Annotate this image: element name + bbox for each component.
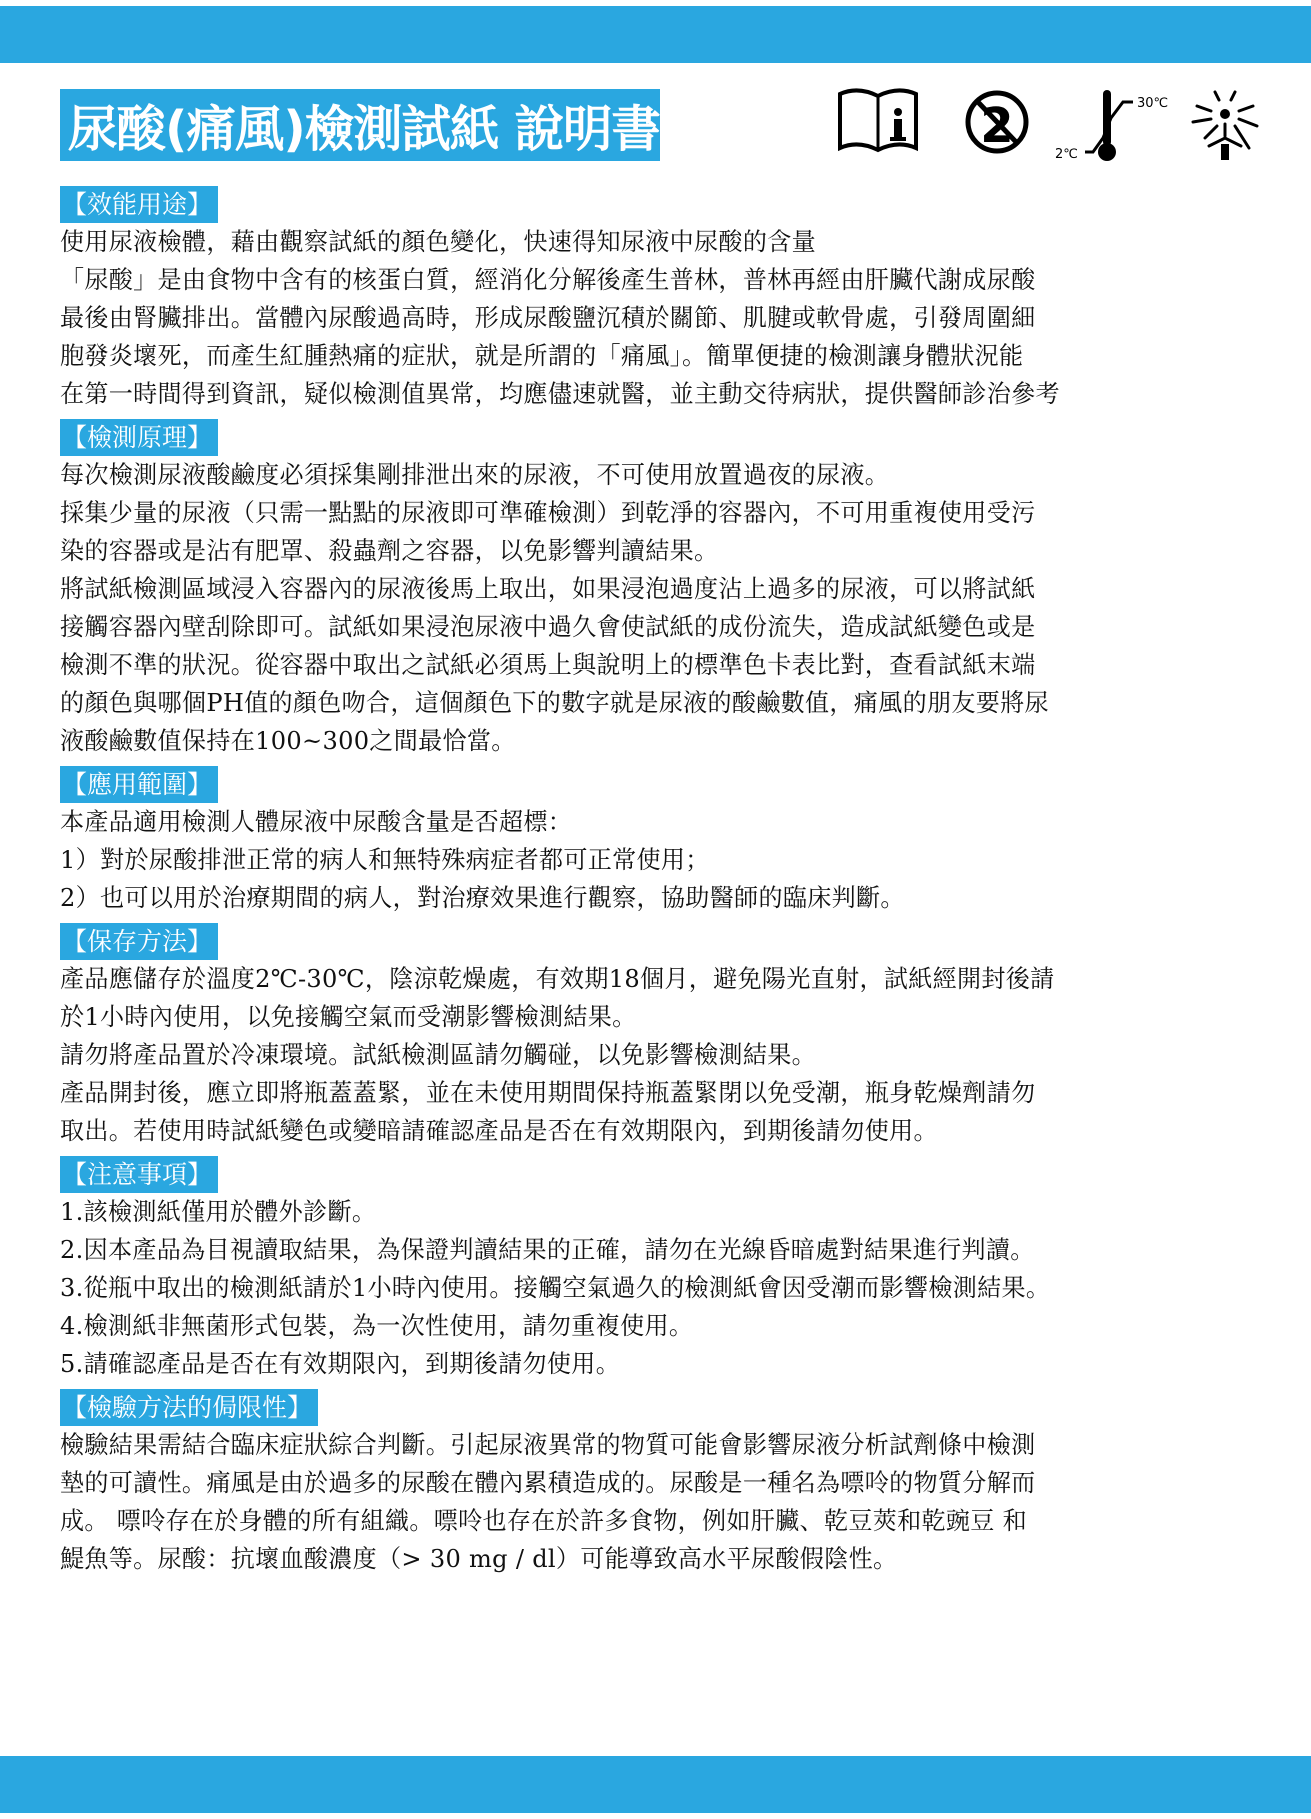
section-heading: 【效能用途】 <box>60 186 218 223</box>
paragraph-line: 成。 嘌呤存在於身體的所有組織。嘌呤也存在於許多食物，例如肝臟、乾豆莢和乾豌豆 … <box>60 1502 1240 1540</box>
list-item: 3.從瓶中取出的檢測紙請於1小時內使用。接觸空氣過久的檢測紙會因受潮而影響檢測結… <box>60 1269 1240 1307</box>
paragraph-line: 產品應儲存於溫度2℃-30℃，陰涼乾燥處，有效期18個月，避免陽光直射，試紙經開… <box>60 960 1240 998</box>
section-heading: 【保存方法】 <box>60 923 218 960</box>
paragraph-line: 產品開封後，應立即將瓶蓋蓋緊，並在未使用期間保持瓶蓋緊閉以免受潮，瓶身乾燥劑請勿 <box>60 1074 1240 1112</box>
paragraph-line: 鯷魚等。尿酸：抗壞血酸濃度（> 30 mg / dl）可能導致高水平尿酸假陰性。 <box>60 1540 1240 1578</box>
consult-instructions-icon <box>836 86 920 156</box>
top-banner <box>0 6 1311 63</box>
section-heading: 【應用範圍】 <box>60 766 218 803</box>
section-heading: 【注意事項】 <box>60 1156 218 1193</box>
paragraph-line: 最後由腎臟排出。當體內尿酸過高時，形成尿酸鹽沉積於關節、肌腱或軟骨處，引發周圍細 <box>60 299 1240 337</box>
paragraph-line: 染的容器或是沾有肥罩、殺蟲劑之容器，以免影響判讀結果。 <box>60 532 1240 570</box>
section-principle: 【檢測原理】 每次檢測尿液酸鹼度必須採集剛排泄出來的尿液，不可使用放置過夜的尿液… <box>60 419 1260 760</box>
list-item: 1.該檢測紙僅用於體外診斷。 <box>60 1193 1240 1231</box>
list-item: 4.檢測紙非無菌形式包裝，為一次性使用，請勿重複使用。 <box>60 1307 1240 1345</box>
list-item: 2.因本產品為目視讀取結果，為保證判讀結果的正確，請勿在光線昏暗處對結果進行判讀… <box>60 1231 1240 1269</box>
paragraph-line: 取出。若使用時試紙變色或變暗請確認產品是否在有效期限內，到期後請勿使用。 <box>60 1112 1240 1150</box>
svg-text:30℃: 30℃ <box>1137 96 1168 111</box>
section-limitations: 【檢驗方法的侷限性】 檢驗結果需結合臨床症狀綜合判斷。引起尿液異常的物質可能會影… <box>60 1389 1260 1578</box>
paragraph-line: 接觸容器內壁刮除即可。試紙如果浸泡尿液中過久會使試紙的成份流失，造成試紙變色或是 <box>60 608 1240 646</box>
bottom-banner <box>0 1756 1311 1813</box>
paragraph-line: 本產品適用檢測人體尿液中尿酸含量是否超標： <box>60 803 1240 841</box>
paragraph-line: 於1小時內使用，以免接觸空氣而受潮影響檢測結果。 <box>60 998 1240 1036</box>
paragraph-line: 墊的可讀性。痛風是由於過多的尿酸在體內累積造成的。尿酸是一種名為嘌呤的物質分解而 <box>60 1464 1240 1502</box>
svg-text:2℃: 2℃ <box>1055 147 1078 162</box>
paragraph-line: 每次檢測尿液酸鹼度必須採集剛排泄出來的尿液，不可使用放置過夜的尿液。 <box>60 456 1240 494</box>
section-heading: 【檢驗方法的侷限性】 <box>60 1389 318 1426</box>
paragraph-line: 2）也可以用於治療期間的病人，對治療效果進行觀察，協助醫師的臨床判斷。 <box>60 879 1240 917</box>
do-not-reuse-icon: 2 <box>962 86 1032 156</box>
paragraph-line: 胞發炎壞死，而產生紅腫熱痛的症狀，就是所謂的「痛風」。簡單便捷的檢測讓身體狀況能 <box>60 337 1240 375</box>
paragraph-line: 檢驗結果需結合臨床症狀綜合判斷。引起尿液異常的物質可能會影響尿液分析試劑條中檢測 <box>60 1426 1240 1464</box>
title-row: 尿酸(痛風)檢測試紙 說明書 <box>60 89 660 161</box>
section-scope: 【應用範圍】 本產品適用檢測人體尿液中尿酸含量是否超標： 1）對於尿酸排泄正常的… <box>60 766 1260 917</box>
keep-away-from-sunlight-icon <box>1185 86 1265 162</box>
temperature-limit-icon: 30℃ 2℃ <box>1045 86 1175 166</box>
list-item: 5.請確認產品是否在有效期限內，到期後請勿使用。 <box>60 1345 1240 1383</box>
paragraph-line: 將試紙檢測區域浸入容器內的尿液後馬上取出，如果浸泡過度沾上過多的尿液，可以將試紙 <box>60 570 1240 608</box>
paragraph-line: 使用尿液檢體，藉由觀察試紙的顏色變化，快速得知尿液中尿酸的含量 <box>60 223 1240 261</box>
paragraph-line: 在第一時間得到資訊，疑似檢測值異常，均應儘速就醫，並主動交待病狀，提供醫師診治參… <box>60 375 1240 413</box>
paragraph-line: 採集少量的尿液（只需一點點的尿液即可準確檢測）到乾淨的容器內，不可用重複使用受污 <box>60 494 1240 532</box>
document-title: 尿酸(痛風)檢測試紙 說明書 <box>60 89 660 161</box>
paragraph-line: 的顏色與哪個PH值的顏色吻合，這個顏色下的數字就是尿液的酸鹼數值，痛風的朋友要將… <box>60 684 1240 722</box>
instruction-content: 【效能用途】 使用尿液檢體，藉由觀察試紙的顏色變化，快速得知尿液中尿酸的含量 「… <box>60 186 1260 1584</box>
section-storage: 【保存方法】 產品應儲存於溫度2℃-30℃，陰涼乾燥處，有效期18個月，避免陽光… <box>60 923 1260 1150</box>
paragraph-line: 「尿酸」是由食物中含有的核蛋白質，經消化分解後產生普林，普林再經由肝臟代謝成尿酸 <box>60 261 1240 299</box>
paragraph-line: 請勿將產品置於冷凍環境。試紙檢測區請勿觸碰，以免影響檢測結果。 <box>60 1036 1240 1074</box>
section-heading: 【檢測原理】 <box>60 419 218 456</box>
paragraph-line: 檢測不準的狀況。從容器中取出之試紙必須馬上與說明上的標準色卡表比對，查看試紙末端 <box>60 646 1240 684</box>
paragraph-line: 1）對於尿酸排泄正常的病人和無特殊病症者都可正常使用； <box>60 841 1240 879</box>
paragraph-line: 液酸鹼數值保持在100~300之間最恰當。 <box>60 722 1240 760</box>
section-precautions: 【注意事項】 1.該檢測紙僅用於體外診斷。 2.因本產品為目視讀取結果，為保證判… <box>60 1156 1260 1383</box>
section-efficacy: 【效能用途】 使用尿液檢體，藉由觀察試紙的顏色變化，快速得知尿液中尿酸的含量 「… <box>60 186 1260 413</box>
